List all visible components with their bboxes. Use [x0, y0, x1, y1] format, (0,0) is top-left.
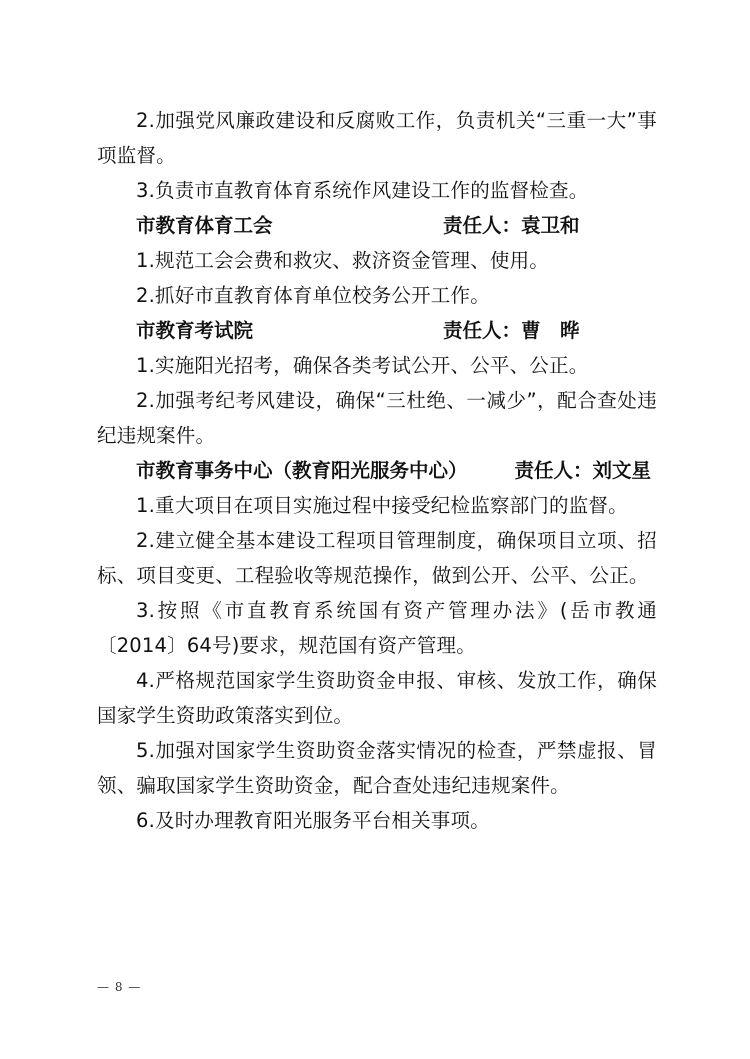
page-number: — 8 —	[97, 980, 141, 994]
document-page: 2.加强党风廉政建设和反腐败工作，负责机关“三重一大”事项监督。 3.负责市直教…	[0, 0, 750, 1059]
paragraph: 3.负责市直教育体育系统作风建设工作的监督检查。	[97, 173, 657, 208]
section-heading-union: 市教育体育工会 责任人：袁卫和	[97, 208, 657, 243]
paragraph: 4.严格规范国家学生资助资金申报、审核、发放工作，确保国家学生资助政策落实到位。	[97, 663, 657, 733]
paragraph: 1.重大项目在项目实施过程中接受纪检监察部门的监督。	[97, 488, 657, 523]
responsible-person: 责任人：曹 晔	[443, 313, 580, 348]
organization-name: 市教育体育工会	[136, 208, 273, 243]
paragraph: 2.抓好市直教育体育单位校务公开工作。	[97, 278, 657, 313]
paragraph: 2.加强党风廉政建设和反腐败工作，负责机关“三重一大”事项监督。	[97, 103, 657, 173]
responsible-person: 责任人：刘文星	[514, 453, 651, 488]
paragraph: 6.及时办理教育阳光服务平台相关事项。	[97, 803, 657, 838]
paragraph: 1.实施阳光招考，确保各类考试公开、公平、公正。	[97, 348, 657, 383]
organization-name: 市教育事务中心（教育阳光服务中心）	[136, 453, 468, 488]
responsible-person: 责任人：袁卫和	[443, 208, 580, 243]
paragraph: 2.建立健全基本建设工程项目管理制度，确保项目立项、招标、项目变更、工程验收等规…	[97, 523, 657, 593]
paragraph: 3.按照《市直教育系统国有资产管理办法》(岳市教通〔2014〕64号)要求，规范…	[97, 593, 657, 663]
paragraph: 5.加强对国家学生资助资金落实情况的检查，严禁虚报、冒领、骗取国家学生资助资金，…	[97, 733, 657, 803]
document-body: 2.加强党风廉政建设和反腐败工作，负责机关“三重一大”事项监督。 3.负责市直教…	[97, 103, 657, 838]
organization-name: 市教育考试院	[136, 313, 253, 348]
section-heading-exam-institute: 市教育考试院 责任人：曹 晔	[97, 313, 657, 348]
paragraph: 2.加强考纪考风建设，确保“三杜绝、一减少”，配合查处违纪违规案件。	[97, 383, 657, 453]
paragraph: 1.规范工会会费和救灾、救济资金管理、使用。	[97, 243, 657, 278]
section-heading-affairs-center: 市教育事务中心（教育阳光服务中心） 责任人：刘文星	[97, 453, 657, 488]
